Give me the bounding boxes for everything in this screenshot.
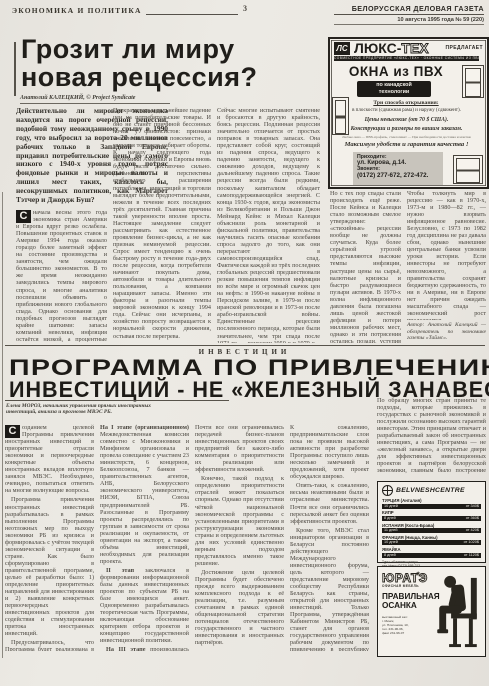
brand-main: ЛЮКС- <box>354 40 401 56</box>
stage1-subhead: На I этапе (организационном) <box>100 424 189 431</box>
article1-col1-text: начала весны этого года экономика стран … <box>16 209 107 342</box>
issue-line: 10 августа 1995 года № 59 (220) <box>334 15 484 25</box>
article1-col4: Но с тех пор спады стали происходить ещё… <box>330 190 401 343</box>
product-title: ОКНА из ПВХ <box>338 64 454 79</box>
feature-head: Три способа открывания: <box>350 100 462 106</box>
brand-outline: ТЕХ <box>401 40 428 56</box>
article2-col4-p2: Опять-таки, к сожалению, весьма неактивн… <box>290 482 369 524</box>
masthead-paper: БЕЛОРУССКАЯ ДЕЛОВАЯ ГАЗЕТА 10 августа 19… <box>334 4 484 25</box>
chair-ad-title: ПРАВИЛЬНАЯ ОСАНКА <box>382 593 440 611</box>
tour-destination: ФРАНЦИЯ (Ницца, Канны) <box>382 535 481 540</box>
tour-item: ФРАНЦИЯ (Ницца, Канны) 10 днейот 1020$ <box>382 535 481 546</box>
tour-destination: КИПР <box>382 510 481 515</box>
article1-col4-text: Но с тех пор спады стали происходить ещё… <box>330 190 401 343</box>
article2-col3-p3: Достижение цели целевой Программы будет … <box>195 569 284 647</box>
masthead-rule <box>146 6 238 15</box>
paper-name: БЕЛОРУССКАЯ ДЕЛОВАЯ ГАЗЕТА <box>334 4 484 15</box>
technology-box: по канадской технологии <box>357 81 431 97</box>
tour-destination: ИСПАНИЯ (Коста-Брава) <box>382 523 481 528</box>
tour-item: ЯМАЙКА 8 днейот 1120$ <box>382 547 481 558</box>
star-icon: ✶ <box>416 571 421 577</box>
article2-col3: Почти все они ограничивались передачей б… <box>195 424 284 651</box>
article2-byline-line2: инвестиций, анализа и прогнозов МВЭС РБ. <box>6 409 228 415</box>
window-icon <box>453 155 483 184</box>
newspaper-page: ЭКОНОМИКА И ПОЛИТИКА 3 БЕЛОРУССКАЯ ДЕЛОВ… <box>0 0 489 686</box>
contact-box: Приходите: ул. Кирова, д.14. Звоните: (0… <box>353 152 443 185</box>
tour-price: от 1020$ <box>464 540 479 545</box>
article1-col5-text: Чтобы толкнуть мир в рецессию — как в 19… <box>407 190 486 320</box>
article1-headline-line1: Грозит ли миру <box>21 36 235 63</box>
tour-item: КИПР 8 днейот 360$ <box>382 510 481 521</box>
article2-col5-text: По образцу многих стран приняты те подхо… <box>377 397 486 477</box>
article1-col2: Прекратилось и дальнейшее падение цен на… <box>113 107 211 343</box>
section-title: ЭКОНОМИКА И ПОЛИТИКА <box>12 6 142 15</box>
article2-col5: По образцу многих стран приняты те подхо… <box>377 397 486 477</box>
section-divider <box>5 345 485 346</box>
article2-col4-p1: К сожалению, предпринимательские слои по… <box>290 424 369 480</box>
tour-days: 10 дней <box>384 504 398 509</box>
drop-cap: С <box>16 210 31 223</box>
tour-destination: ЯМАЙКА <box>382 547 481 552</box>
belvneshcentre-ad[interactable]: BELVNESHCENTRE ТУРЦИЯ (Анталия) 10 днейо… <box>377 481 486 563</box>
tour-days: 8 дней <box>384 516 396 521</box>
jurate-brand: ЮРАТЭ✶ <box>382 571 428 585</box>
offers-label: ПРЕДЛАГАЕТ <box>446 45 483 51</box>
tours-brand: BELVNESHCENTRE <box>396 487 465 494</box>
stage2-text: заключался в формировании информационной… <box>100 567 189 644</box>
chair-detail-line: факс 231-96-07 <box>382 631 434 635</box>
tech-line2: технологии <box>357 89 431 96</box>
tour-days: 10 дней <box>384 540 398 545</box>
ad-subtitle-bar: СОВМЕСТНОЕ ПРЕДПРИЯТИЕ «ЛЮКС-ТЕХ» · ОКОН… <box>334 56 479 61</box>
seated-person-illustration <box>435 570 483 653</box>
article1-col2-text: Прекратилось и дальнейшее падение цен на… <box>113 107 211 340</box>
article1-col1: Сначала весны этого года экономика стран… <box>16 209 107 342</box>
price-line: Цены невысокие (от 70 $ США). <box>344 117 469 123</box>
article1-col3-text: Сейчас многие испытывают смятение и брос… <box>217 107 320 343</box>
article2-col3-p2: Конечно, такой подход к определению прио… <box>195 475 284 567</box>
stage3-subhead: На III этапе <box>106 646 145 651</box>
article1-headline-line2: новая рецессия? <box>21 64 257 91</box>
phone-numbers: (0172) 277-672, 272-472. <box>357 172 439 179</box>
stage2-subhead: II этап <box>106 567 134 574</box>
tour-days: 8 дней <box>384 553 396 558</box>
tour-destination: ТУРЦИЯ (Анталия) <box>382 498 481 503</box>
custom-line: Конструкции и размеры по вашим заказам. <box>340 126 473 132</box>
tech-line1: по канадской <box>357 82 431 89</box>
article1-col3: Сейчас многие испытывают смятение и брос… <box>217 107 320 343</box>
page-number: 3 <box>236 4 254 13</box>
tour-item: ИСПАНИЯ (Коста-Брава) 11 днейот 420$ <box>382 523 481 534</box>
article2-byline: Елена МОРОЗ, начальник управления прямых… <box>6 403 228 416</box>
drop-cap: С <box>5 425 20 438</box>
tour-price: от 420$ <box>466 528 479 533</box>
tour-price: от 340$ <box>466 504 479 509</box>
lux-tech-logo-icon: ЛС <box>334 42 350 55</box>
masthead-section: ЭКОНОМИКА И ПОЛИТИКА <box>12 6 238 15</box>
article2-col1: Созданием целевой Программы привлечения … <box>5 424 94 651</box>
article2-col1-p2: Программа привлечения иностранных инвест… <box>5 496 94 637</box>
jurate-furniture-ad[interactable]: ЮРАТЭ✶ ОФИСНАЯ МЕБЕЛЬ ПРАВИЛЬНАЯ ОСАНКА … <box>377 566 486 657</box>
stage1-text: Межведомственная комиссия совместно с Ми… <box>100 431 189 565</box>
jurate-brand-text: ЮРАТЭ <box>382 571 428 585</box>
article1-byline: Анатолий КАЛЕЦКИЙ, © Project Syndicate <box>20 95 170 104</box>
article2-col3-p1: Почти все они ограничивались передачей б… <box>195 424 284 473</box>
article2-col4: К сожалению, предпринимательские слои по… <box>290 424 369 651</box>
chair-title-line2: ОСАНКА <box>382 602 440 611</box>
article2-col1-p3: Предусматривалось, что Программа будет р… <box>5 639 94 651</box>
quality-line: Максимум удобств и гарантия качества ! <box>332 141 481 148</box>
tour-price: от 1120$ <box>464 553 479 558</box>
feature-text: в плоскости (сдвижная рама) и наружу (сд… <box>344 108 469 113</box>
window-icon <box>462 65 484 98</box>
page-edge-artifact <box>2 192 3 658</box>
globe-icon <box>382 485 393 496</box>
article2-col4-p3: Кроме того, МВЭС стал инициатором органи… <box>290 527 369 651</box>
chair-ad-details: выставочный зал: г. Минск, ул. Платонова… <box>382 615 434 635</box>
tour-days: 11 дней <box>384 528 398 533</box>
lux-tech-ad[interactable]: ЛС ЛЮКС-ТЕХ ПРЕДЛАГАЕТ СОВМЕСТНОЕ ПРЕДПР… <box>328 37 489 189</box>
small-line: Любые окна — ПВХ-профиль, стеклопакет — … <box>336 135 477 139</box>
article2-col2: На I этапе (организационном) Межведомств… <box>100 424 189 651</box>
tour-item: ТУРЦИЯ (Анталия) 10 днейот 340$ <box>382 498 481 509</box>
article1-col5: Чтобы толкнуть мир в рецессию — как в 19… <box>407 190 486 320</box>
article1-author-note: Автор: Анатолий Калецкий — обозреватель … <box>407 322 486 342</box>
tour-price: от 360$ <box>466 516 479 521</box>
lux-tech-brand: ЛЮКС-ТЕХ <box>354 40 429 56</box>
article2-headline-line1: ПРОГРАММА ПО ПРИВЛЕЧЕНИЮ <box>9 357 489 379</box>
headline-rule <box>14 42 16 96</box>
jurate-tagline: ОФИСНАЯ МЕБЕЛЬ <box>382 584 419 588</box>
byline-rule <box>5 400 229 401</box>
tours-ad-header: BELVNESHCENTRE <box>382 485 481 496</box>
